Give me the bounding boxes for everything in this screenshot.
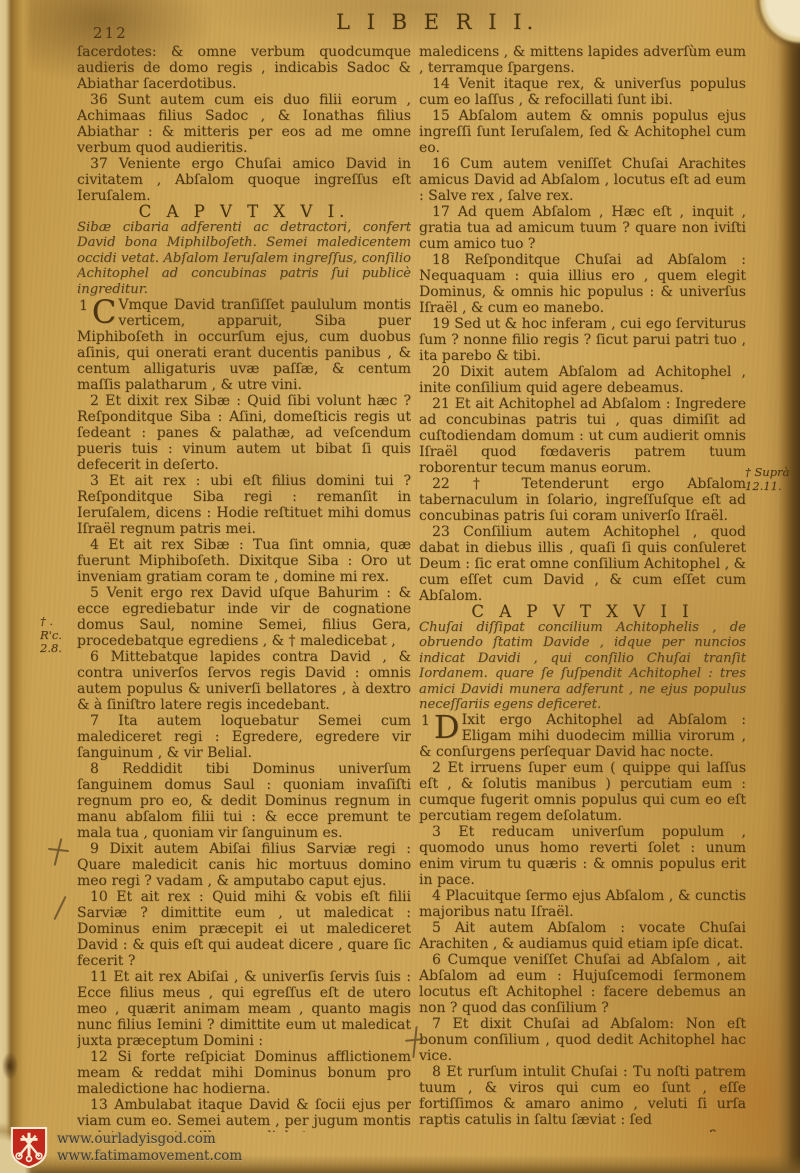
verse-number: 1 [421,713,430,729]
chapter-summary: Sibæ cibaria adferenti ac detractori, co… [77,220,411,297]
verse-paragraph: 16 Cum autem veniſſet Chuſai Arachites a… [419,156,746,204]
verse-paragraph: ſacerdotes: & omne verbum quodcumque aud… [77,44,411,92]
verse-paragraph: 22 † Tetenderunt ergo Abſalom tabernacul… [419,476,746,524]
verse-paragraph: 15 Abſalom autem & omnis populus ejus in… [419,108,746,156]
margin-note-right: † Suprà 12.11. [745,466,797,493]
verse-paragraph: 7 Ita autem loquebatur Semei cum maledic… [77,713,411,761]
page-edge-left [0,0,32,1173]
chapter-heading: C A P V T X V I. [77,204,411,220]
verse-paragraph: 6 Mittebatque lapides contra David , & c… [77,649,411,713]
verse-paragraph: 19 Sed ut & hoc inferam , cui ego ſervit… [419,316,746,364]
verse-paragraph: 8 Reddidit tibi Dominus univerſum ſangui… [77,761,411,841]
chapter-heading: C A P V T X V I I [419,604,746,620]
watermark: www.ourladyisgod.com www.fatimamovement.… [10,1126,242,1168]
column-left: ſacerdotes: & omne verbum quodcumque aud… [77,44,411,1132]
chapter-summary: Chuſai diſſipat concilium Achitophelis ,… [419,620,746,712]
watermark-url-2: www.fatimamovement.com [57,1148,242,1164]
margin-note-line: † . [40,615,76,629]
verse-paragraph: 23 Conſilium autem Achitophel , quod dab… [419,524,746,604]
margin-note-line: 12.11. [745,480,797,494]
catchword: & [419,1128,746,1132]
drop-cap: D [434,713,460,741]
verse-paragraph: 4 Et ait rex Sibæ : Tua ſint omnia, quæ … [77,537,411,585]
verse-paragraph: 2 Et dixit rex Sibæ : Quid ſibi volunt h… [77,393,411,473]
verse-paragraph: 20 Dixit autem Abſalom ad Achitophel , i… [419,364,746,396]
verse-paragraph: 4 Placuitque ſermo ejus Abſalom , & cunc… [419,888,746,920]
watermark-url-1: www.ourladyisgod.com [57,1131,242,1147]
handwritten-cross-mark [402,1026,428,1062]
handwritten-slash-mark [50,894,70,924]
verse-paragraph: 11 Et ait rex Abiſai , & univerſis ſervi… [77,969,411,1049]
verse-paragraph: 6 Cumque veniſſet Chuſai ad Abſalom , ai… [419,952,746,1016]
column-right: maledicens , & mittens lapides adverſùm … [419,44,746,1132]
margin-note-left: † . R'c. 2.8. [40,615,76,656]
page-edge-right [764,0,800,1173]
verse-paragraph: 3 Et reducam univerſum populum , quomodo… [419,824,746,888]
verse-paragraph: maledicens , & mittens lapides adverſùm … [419,44,746,76]
verse-paragraph: 21 Et ait Achitophel ad Abſalom : Ingred… [419,396,746,476]
verse-paragraph: 17 Ad quem Abſalom , Hæc eſt , inquit , … [419,204,746,252]
verse-paragraph: 1DIxit ergo Achitophel ad Abſalom : Elig… [419,712,746,760]
margin-note-line: R'c. [40,629,76,643]
running-header: L I B E R I I. [336,10,538,34]
drop-cap: C [92,298,116,326]
verse-number: 1 [79,298,88,314]
photo-frame: 212 L I B E R I I. ſacerdotes: & omne ve… [0,0,800,1173]
verse-paragraph: 5 Ait autem Abſalom : vocate Chuſai Arac… [419,920,746,952]
margin-note-line: † Suprà [745,466,797,480]
verse-paragraph: 9 Dixit autem Abiſai filius Sarviæ regi … [77,841,411,889]
verse-paragraph: 5 Venit ergo rex David uſque Bahurim : &… [77,585,411,649]
verse-paragraph: 37 Veniente ergo Chuſai amico David in c… [77,156,411,204]
margin-note-line: 2.8. [40,642,76,656]
verse-paragraph: 36 Sunt autem cum eis duo filii eorum , … [77,92,411,156]
verse-paragraph: 8 Et rurſum intulit Chuſai : Tu noſti pa… [419,1064,746,1128]
page-number: 212 [93,24,128,42]
book-page: 212 L I B E R I I. ſacerdotes: & omne ve… [0,0,800,1173]
verse-paragraph: 14 Venit itaque rex, & univerſus populus… [419,76,746,108]
verse-paragraph: 3 Et ait rex : ubi eſt filius domini tui… [77,473,411,537]
verse-paragraph: 10 Et ait rex : Quid mihi & vobis eſt fi… [77,889,411,969]
verse-paragraph: 18 Reſponditque Chuſai ad Abſalom : Nequ… [419,252,746,316]
fatima-crest-icon [10,1126,48,1168]
next-page-corner [740,0,800,64]
ink-spot [2,1052,18,1080]
handwritten-cross-mark [46,838,72,870]
verse-paragraph: 7 Et dixit Chuſai ad Abſalom: Non eſt bo… [419,1016,746,1064]
verse-paragraph: 2 Et irruens ſuper eum ( quippe qui laſſ… [419,760,746,824]
verse-paragraph: 12 Si forte reſpiciat Dominus affliction… [77,1049,411,1097]
verse-paragraph: 1CVmque David tranſiſſet paululum montis… [77,297,411,393]
